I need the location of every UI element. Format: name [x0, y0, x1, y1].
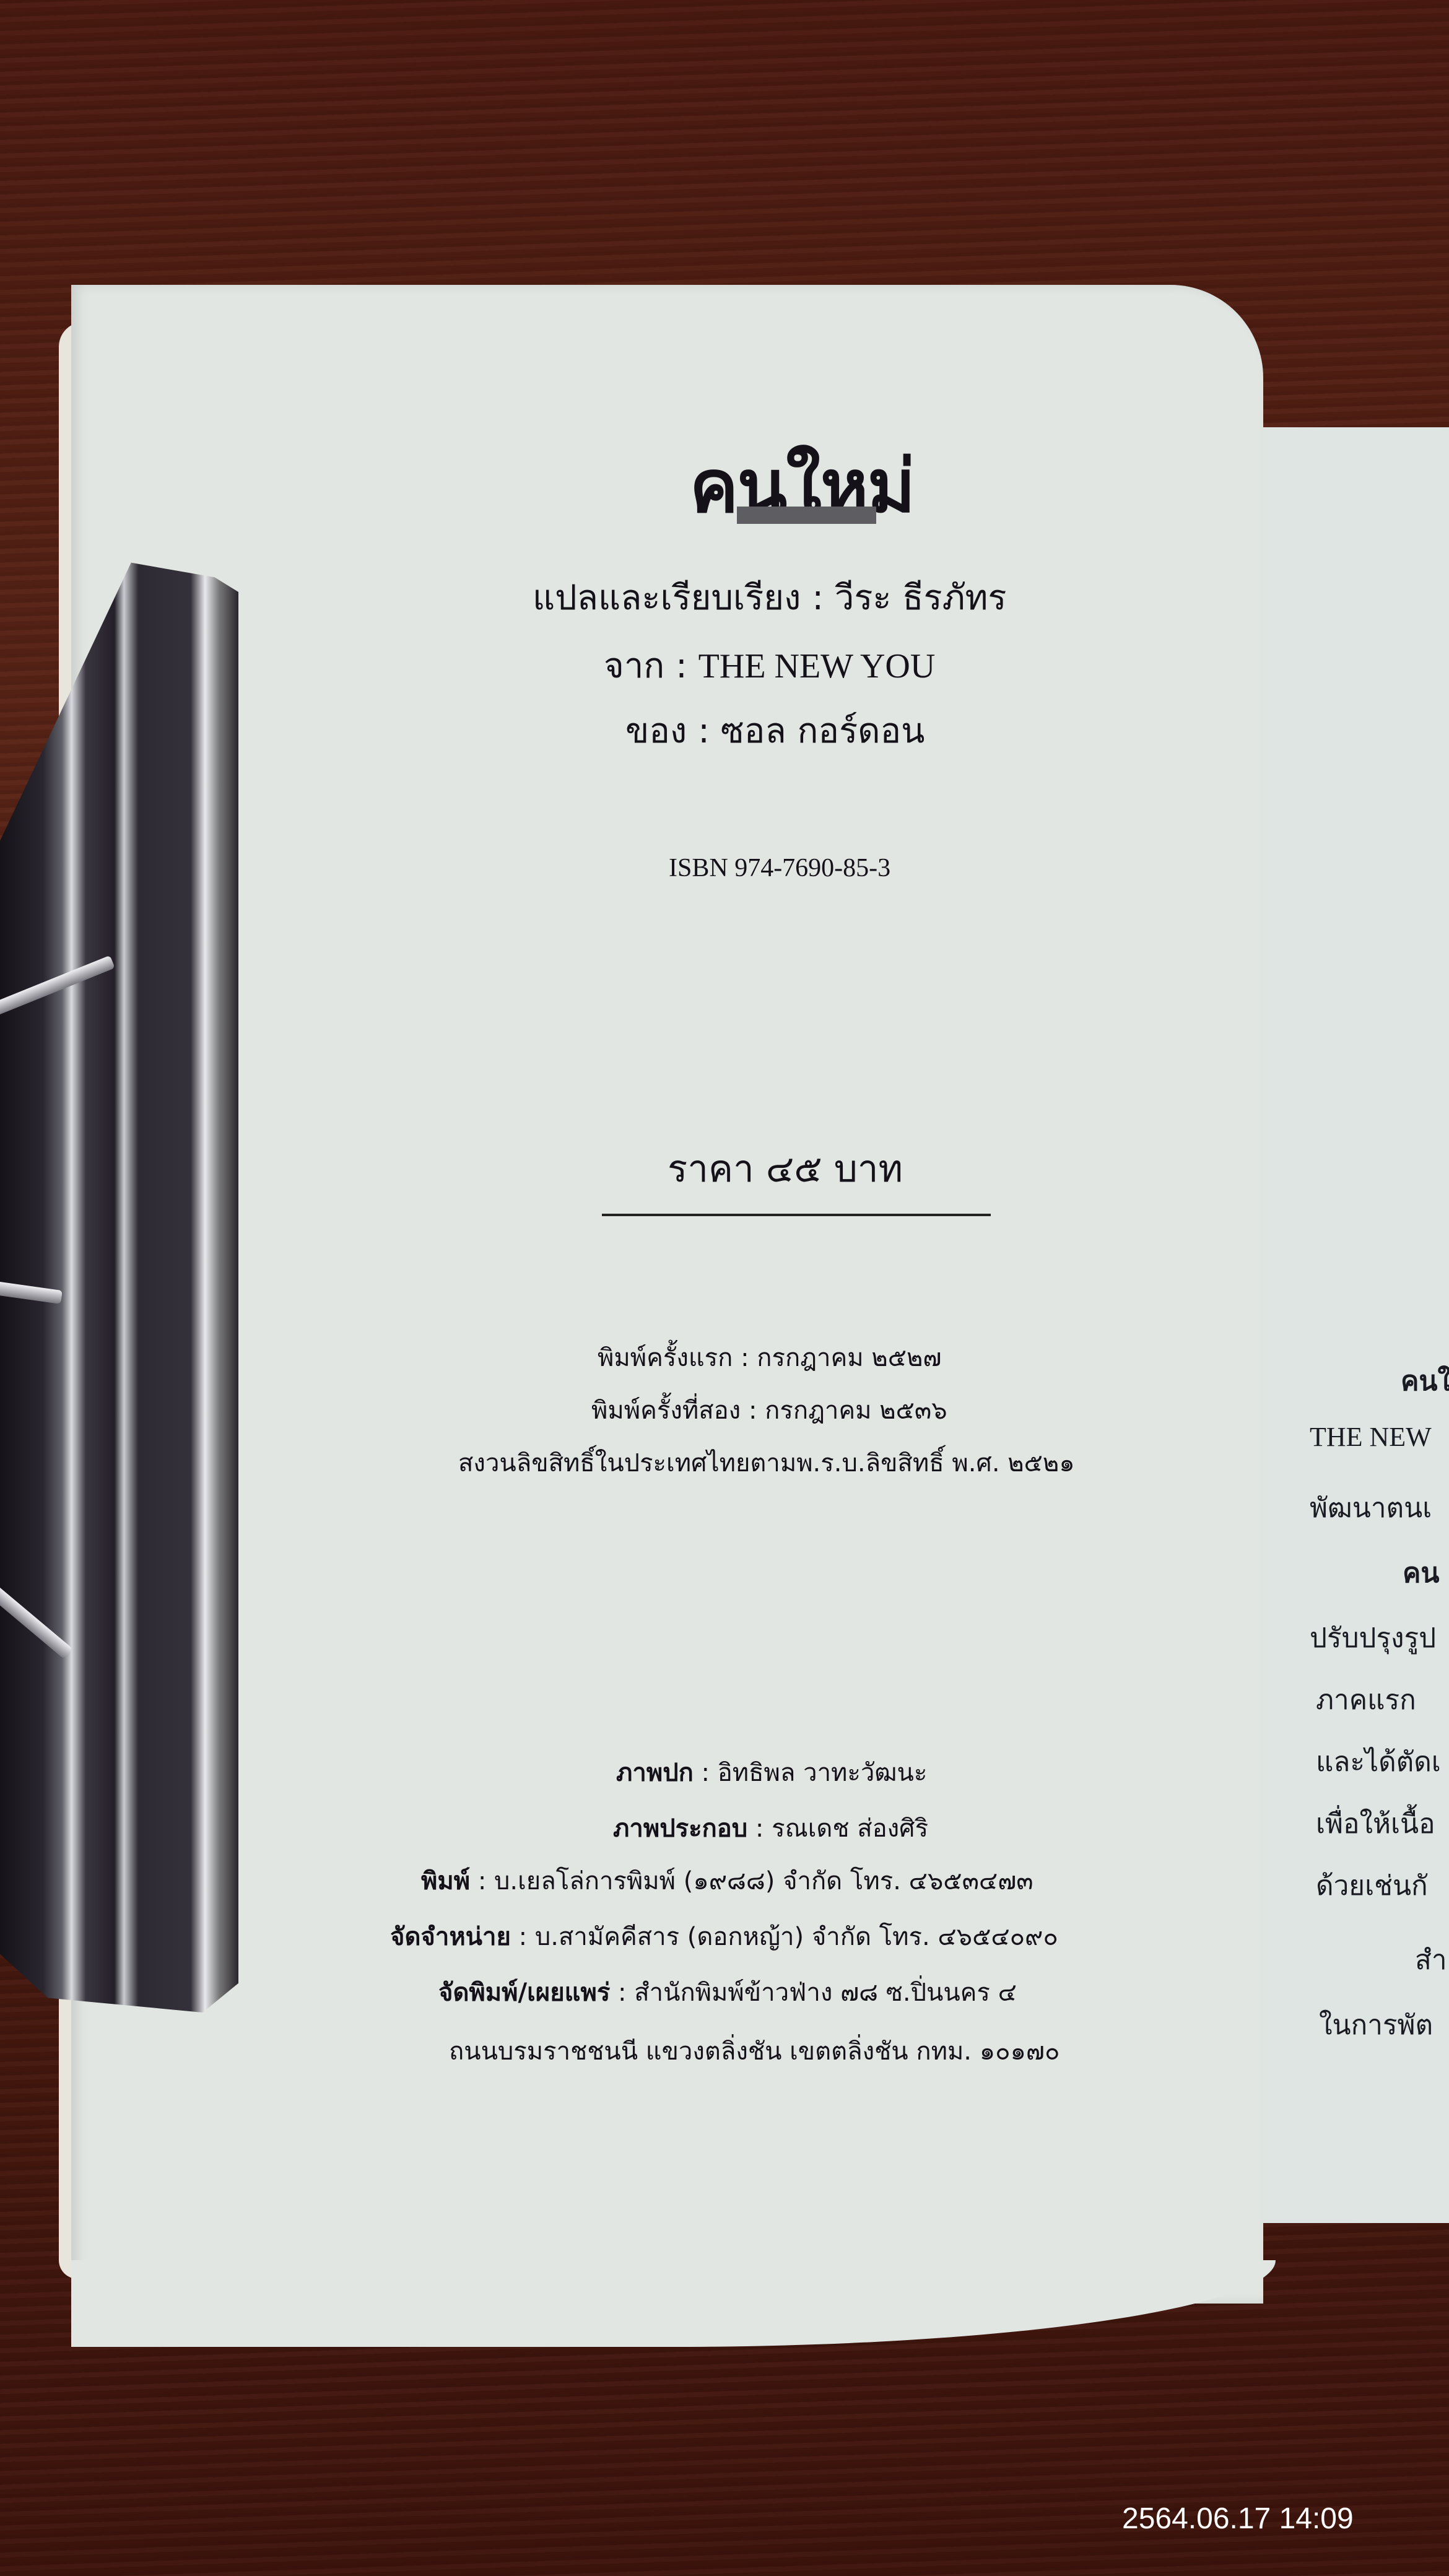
translator-credit: แปลและเรียบเรียง : วีระ ธีรภัทร [533, 570, 1006, 625]
separator: : [676, 646, 687, 686]
book-title: คนใหม่ [690, 427, 915, 544]
second-print-line: พิมพ์ครั้งที่สอง : กรกฎาคม ๒๕๓๖ [591, 1390, 947, 1430]
publisher-label: จัดพิมพ์/เผยแพร่ [438, 1978, 610, 2007]
separator: : [478, 1867, 486, 1895]
copyright-notice: สงวนลิขสิทธิ์ในประเทศไทยตามพ.ร.บ.ลิขสิทธ… [458, 1443, 1075, 1482]
separator: : [702, 1759, 710, 1787]
facing-page-line: THE NEW [1310, 1421, 1432, 1453]
illustration-label: ภาพประกอบ [613, 1814, 747, 1843]
publisher-line: จัดพิมพ์/เผยแพร่ : สำนักพิมพ์ข้าวฟ่าง ๗๘… [438, 1972, 1017, 2012]
facing-page-line: ในการพัต [1319, 2003, 1433, 2047]
facing-page-line: ภาคแรก [1316, 1678, 1416, 1721]
distributor-value: บ.สามัคคีสาร (ดอกหญ้า) จำกัด โทร. ๔๖๕๔๐๙… [535, 1923, 1058, 1951]
metal-binder-clip [0, 548, 238, 2012]
translator-label: แปลและเรียบเรียง [533, 578, 801, 618]
separator: : [755, 1814, 764, 1843]
first-print-date: กรกฎาคม ๒๕๒๗ [757, 1344, 941, 1372]
clip-rib [0, 1279, 63, 1304]
first-print-line: พิมพ์ครั้งแรก : กรกฎาคม ๒๕๒๗ [598, 1338, 941, 1377]
separator: : [519, 1923, 527, 1951]
printer-label: พิมพ์ [421, 1867, 470, 1895]
clip-rib [0, 955, 115, 1022]
facing-page-line: ด้วยเช่นกั [1316, 1864, 1428, 1907]
author-credit: ของ : ซอล กอร์ดอน [625, 703, 925, 758]
facing-page-line: และได้ตัดเ [1316, 1740, 1441, 1783]
facing-page-line: เพื่อให้เนื้อ [1316, 1802, 1435, 1845]
separator: : [812, 578, 824, 618]
first-print-label: พิมพ์ครั้งแรก [598, 1344, 733, 1372]
facing-page-line: คนใ [1401, 1359, 1449, 1403]
publisher-address: ถนนบรมราชชนนี แขวงตลิ่งชัน เขตตลิ่งชัน ก… [449, 2031, 1060, 2071]
author-name: ซอล กอร์ดอน [721, 711, 925, 751]
separator: : [618, 1978, 626, 2007]
separator: : [749, 1396, 757, 1425]
separator: : [698, 711, 710, 751]
facing-page-line: พัฒนาตนเ [1310, 1486, 1432, 1529]
title-underline-bar [737, 507, 876, 524]
second-print-date: กรกฎาคม ๒๕๓๖ [765, 1396, 947, 1425]
isbn: ISBN 974-7690-85-3 [669, 853, 890, 883]
illustration-name: รณเดช ส่องศิริ [772, 1814, 928, 1843]
facing-page-line: คน [1403, 1551, 1440, 1595]
illustration-line: ภาพประกอบ : รณเดช ส่องศิริ [613, 1808, 928, 1848]
translator-name: วีระ ธีรภัทร [835, 578, 1007, 618]
distributor-label: จัดจำหน่าย [390, 1923, 511, 1951]
facing-page-line: สำ [1415, 1938, 1447, 1982]
original-title: THE NEW YOU [698, 647, 936, 685]
separator: : [741, 1344, 749, 1372]
facing-page-line: ปรับปรุงรูป [1310, 1616, 1436, 1660]
price-rule [602, 1214, 991, 1216]
printer-value: บ.เยลโล่การพิมพ์ (๑๙๘๘) จำกัด โทร. ๔๖๕๓๔… [494, 1867, 1033, 1895]
price: ราคา ๔๕ บาท [668, 1139, 903, 1198]
publisher-value: สำนักพิมพ์ข้าวฟ่าง ๗๘ ซ.ปิ่นนคร ๔ [634, 1978, 1017, 2007]
from-label: จาก [604, 646, 664, 686]
second-print-label: พิมพ์ครั้งที่สอง [591, 1396, 741, 1425]
clip-rib [0, 1581, 72, 1659]
cover-art-line: ภาพปก : อิทธิพล วาทะวัฒนะ [616, 1752, 927, 1792]
original-title-credit: จาก : THE NEW YOU [604, 638, 935, 693]
printer-line: พิมพ์ : บ.เยลโล่การพิมพ์ (๑๙๘๘) จำกัด โท… [421, 1861, 1033, 1900]
author-label: ของ [625, 711, 687, 751]
photo-timestamp: 2564.06.17 14:09 [1122, 2502, 1354, 2536]
cover-art-name: อิทธิพล วาทะวัฒนะ [718, 1759, 928, 1787]
cover-art-label: ภาพปก [616, 1759, 694, 1787]
distributor-line: จัดจำหน่าย : บ.สามัคคีสาร (ดอกหญ้า) จำกั… [390, 1917, 1058, 1956]
